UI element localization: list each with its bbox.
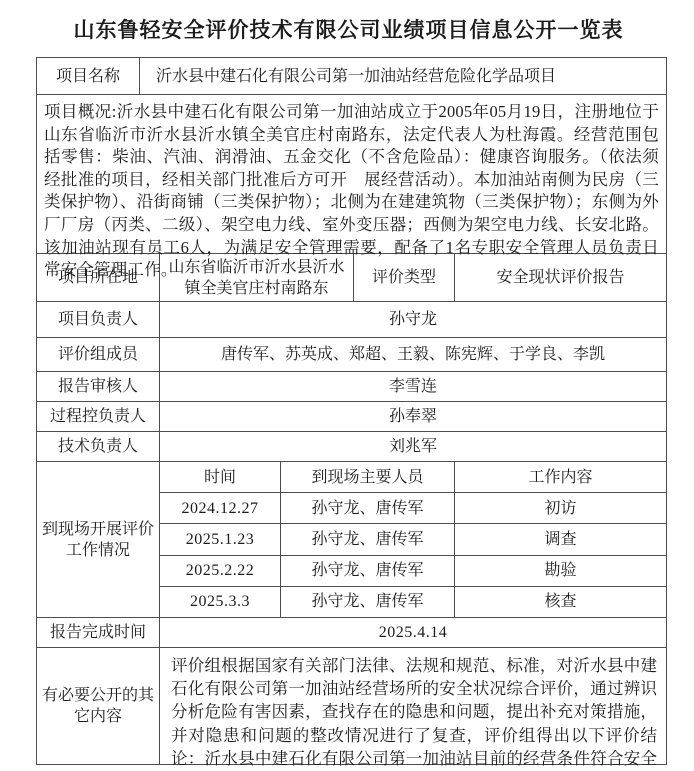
- visit-date: 2025.3.3: [160, 587, 280, 617]
- document-page: 山东鲁轻安全评价技术有限公司业绩项目信息公开一览表 项目名称 沂水县中建石化有限…: [0, 0, 694, 765]
- project-leader-label: 项目负责人: [37, 302, 159, 337]
- technical-leader-label: 技术负责人: [37, 432, 159, 461]
- process-controller-value: 孙奉翠: [159, 402, 666, 431]
- other-disclosure-text: 评价组根据国家有关部门法律、法规和规范、标准，对沂水县中建石化有限公司第一加油站…: [159, 648, 666, 764]
- visit-col-personnel: 到现场主要人员: [280, 462, 454, 492]
- process-controller-row: 过程控负责人 孙奉翠: [37, 401, 666, 431]
- project-overview-row: 项目概况:沂水县中建石化有限公司第一加油站成立于2005年05月19日，注册地位…: [37, 94, 666, 253]
- visit-personnel: 孙守龙、唐传军: [280, 587, 454, 617]
- technical-leader-value: 刘兆军: [159, 432, 666, 461]
- location-value: 山东省临沂市沂水县沂水镇全美官庄村南路东: [159, 254, 353, 301]
- report-reviewer-row: 报告审核人 李雪连: [37, 371, 666, 401]
- project-name-label: 项目名称: [37, 58, 139, 94]
- project-overview-text: 项目概况:沂水县中建石化有限公司第一加油站成立于2005年05月19日，注册地位…: [37, 95, 666, 253]
- visit-row: 2025.3.3 孙守龙、唐传军 核查: [160, 586, 666, 617]
- project-leader-value: 孙守龙: [159, 302, 666, 337]
- visit-date: 2025.1.23: [160, 524, 280, 554]
- visit-content: 勘验: [454, 556, 666, 586]
- other-disclosure-label: 有必要公开的其它内容: [37, 648, 159, 764]
- location-row: 项目所在地 山东省临沂市沂水县沂水镇全美官庄村南路东 评价类型 安全现状评价报告: [37, 253, 666, 301]
- eval-type-value: 安全现状评价报告: [454, 254, 666, 301]
- process-controller-label: 过程控负责人: [37, 402, 159, 431]
- visit-personnel: 孙守龙、唐传军: [280, 493, 454, 523]
- team-members-row: 评价组成员 唐传军、苏英成、郑超、王毅、陈宪辉、于学良、李凯: [37, 337, 666, 371]
- info-table: 项目名称 沂水县中建石化有限公司第一加油站经营危险化学品项目 项目概况:沂水县中…: [36, 57, 667, 765]
- other-disclosure-row: 有必要公开的其它内容 评价组根据国家有关部门法律、法规和规范、标准，对沂水县中建…: [37, 647, 666, 764]
- project-name-row: 项目名称 沂水县中建石化有限公司第一加油站经营危险化学品项目: [37, 58, 666, 94]
- eval-type-label: 评价类型: [353, 254, 454, 301]
- site-visits-label: 到现场开展评价工作情况: [37, 462, 159, 617]
- report-reviewer-value: 李雪连: [159, 372, 666, 401]
- visit-date: 2025.2.22: [160, 556, 280, 586]
- visit-personnel: 孙守龙、唐传军: [280, 556, 454, 586]
- visit-content: 调查: [454, 524, 666, 554]
- visit-content: 初访: [454, 493, 666, 523]
- visit-row: 2025.1.23 孙守龙、唐传军 调查: [160, 523, 666, 554]
- report-completion-value: 2025.4.14: [159, 618, 666, 647]
- team-members-value: 唐传军、苏英成、郑超、王毅、陈宪辉、于学良、李凯: [159, 338, 666, 371]
- site-visits-subtable: 时间 到现场主要人员 工作内容 2024.12.27 孙守龙、唐传军 初访 20…: [159, 462, 666, 617]
- visit-col-time: 时间: [160, 462, 280, 492]
- visit-row: 2024.12.27 孙守龙、唐传军 初访: [160, 492, 666, 523]
- site-visits-row: 到现场开展评价工作情况 时间 到现场主要人员 工作内容 2024.12.27 孙…: [37, 461, 666, 617]
- page-title: 山东鲁轻安全评价技术有限公司业绩项目信息公开一览表: [33, 16, 664, 44]
- visit-personnel: 孙守龙、唐传军: [280, 524, 454, 554]
- visit-content: 核查: [454, 587, 666, 617]
- report-reviewer-label: 报告审核人: [37, 372, 159, 401]
- visit-row: 2025.2.22 孙守龙、唐传军 勘验: [160, 555, 666, 586]
- location-label: 项目所在地: [37, 254, 159, 301]
- report-completion-row: 报告完成时间 2025.4.14: [37, 617, 666, 647]
- visit-date: 2024.12.27: [160, 493, 280, 523]
- technical-leader-row: 技术负责人 刘兆军: [37, 431, 666, 461]
- site-visits-header-row: 时间 到现场主要人员 工作内容: [160, 462, 666, 492]
- project-name-value: 沂水县中建石化有限公司第一加油站经营危险化学品项目: [139, 58, 666, 94]
- team-members-label: 评价组成员: [37, 338, 159, 371]
- project-leader-row: 项目负责人 孙守龙: [37, 301, 666, 337]
- report-completion-label: 报告完成时间: [37, 618, 159, 647]
- visit-col-content: 工作内容: [454, 462, 666, 492]
